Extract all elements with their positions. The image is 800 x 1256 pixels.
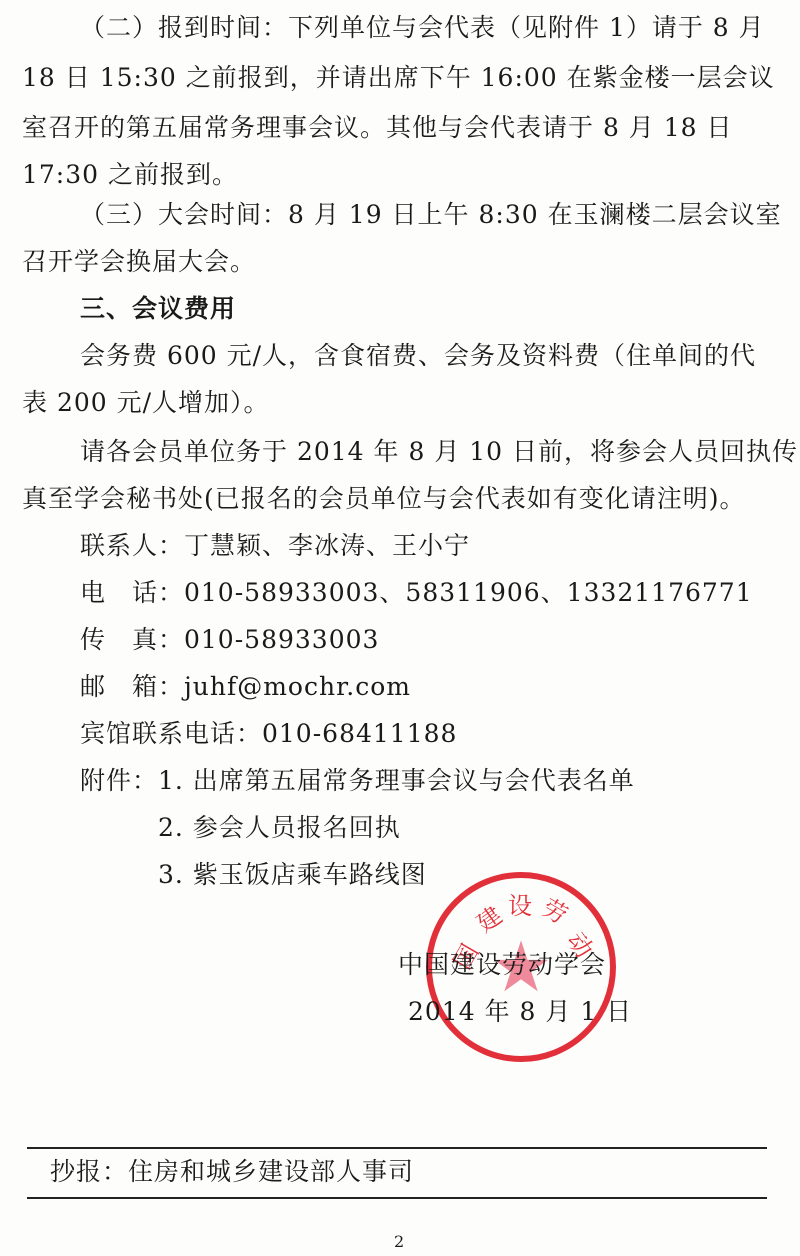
paragraph-registration-line-4: 17:30 之前报到。	[22, 160, 238, 190]
deadline-line-2: 真至学会秘书处(已报名的会员单位与会代表如有变化请注明)。	[22, 484, 746, 514]
contact-phone: 电 话：010-58933003、58311906、13321176771	[80, 578, 753, 608]
signature-organization: 中国建设劳动学会	[398, 950, 606, 980]
page-number: 2	[394, 1232, 404, 1251]
seal-char: 劳	[537, 888, 575, 930]
contact-fax: 传 真：010-58933003	[80, 625, 379, 655]
cc-line: 抄报：住房和城乡建设部人事司	[50, 1157, 414, 1187]
paragraph-registration-line-2: 18 日 15:30 之前报到，并请出席下午 16:00 在紫金楼一层会议	[22, 63, 775, 93]
paragraph-assembly-line-2: 召开学会换届大会。	[22, 247, 256, 277]
contact-email: 邮 箱：juhf@mochr.com	[80, 672, 411, 702]
attachment-item-1: 1. 出席第五届常务理事会议与会代表名单	[158, 766, 635, 796]
paragraph-registration-line-3: 室召开的第五届常务理事会议。其他与会代表请于 8 月 18 日	[22, 113, 733, 143]
attachment-item-3: 3. 紫玉饭店乘车路线图	[158, 860, 427, 890]
paragraph-assembly-line-1: （三）大会时间：8 月 19 日上午 8:30 在玉澜楼二层会议室	[80, 200, 782, 230]
divider-top	[27, 1147, 767, 1149]
attachment-item-2: 2. 参会人员报名回执	[158, 813, 401, 843]
deadline-line-1: 请各会员单位务于 2014 年 8 月 10 日前，将参会人员回执传	[80, 437, 798, 467]
fee-line-2: 表 200 元/人增加）。	[22, 388, 270, 418]
attachments-label: 附件：	[80, 766, 158, 796]
fee-line-1: 会务费 600 元/人，含食宿费、会务及资料费（住单间的代	[80, 341, 756, 371]
divider-bottom	[27, 1197, 767, 1199]
seal-char: 设	[508, 886, 532, 921]
hotel-phone: 宾馆联系电话：010-68411188	[80, 719, 457, 749]
section-heading-fees: 三、会议费用	[80, 294, 236, 324]
paragraph-registration-line-1: （二）报到时间：下列单位与会代表（见附件 1）请于 8 月	[80, 13, 765, 43]
signature-date: 2014 年 8 月 1 日	[408, 997, 632, 1027]
contact-person: 联系人：丁慧颖、李冰涛、王小宁	[80, 531, 470, 561]
